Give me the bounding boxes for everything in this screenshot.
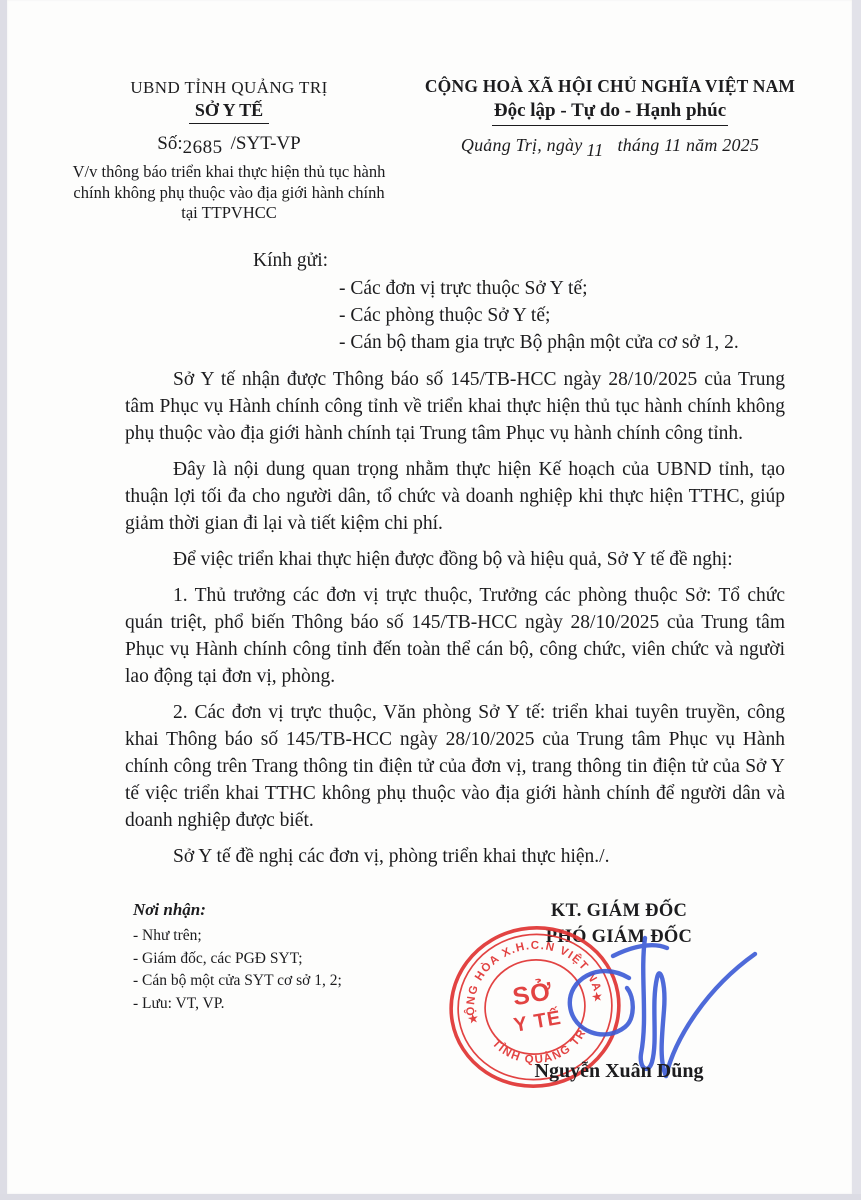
issuing-org-block: UBND TỈNH QUẢNG TRỊ SỞ Y TẾ Số:2685/SYT-… — [70, 78, 388, 224]
place-and-date: Quảng Trị, ngày11tháng 11 năm 2025 — [395, 135, 825, 156]
recipient-item: - Cán bộ tham gia trực Bộ phận một cửa c… — [339, 329, 739, 356]
org-parent: UBND TỈNH QUẢNG TRỊ — [70, 78, 388, 98]
recipient-item: - Các đơn vị trực thuộc Sở Y tế; — [339, 275, 739, 302]
national-title: CỘNG HOÀ XÃ HỘI CHỦ NGHĨA VIỆT NAM — [395, 76, 825, 97]
national-motto: Độc lập - Tự do - Hạnh phúc — [395, 100, 825, 126]
scan-edge-right — [852, 0, 861, 1200]
paragraph: 2. Các đơn vị trực thuộc, Văn phòng Sở Y… — [125, 699, 785, 834]
recipient-label: Kính gửi: — [253, 250, 739, 272]
paragraph: 1. Thủ trưởng các đơn vị trực thuộc, Trư… — [125, 582, 785, 690]
document-subject: V/v thông báo triển khai thực hiện thủ t… — [70, 162, 388, 224]
national-header-block: CỘNG HOÀ XÃ HỘI CHỦ NGHĨA VIỆT NAM Độc l… — [395, 76, 825, 156]
scan-edge-left — [0, 0, 7, 1200]
recipient-block: Kính gửi: - Các đơn vị trực thuộc Sở Y t… — [253, 250, 739, 356]
number-prefix: Số: — [157, 133, 182, 154]
recipient-list: - Các đơn vị trực thuộc Sở Y tế; - Các p… — [253, 275, 739, 356]
seal-star-left: ★ — [466, 1010, 480, 1027]
seal-center-line1: SỞ — [510, 975, 555, 1011]
paragraph: Sở Y tế nhận được Thông báo số 145/TB-HC… — [125, 366, 785, 447]
recipient-item: - Các phòng thuộc Sở Y tế; — [339, 302, 739, 329]
scan-edge-bottom — [0, 1194, 861, 1200]
date-day-filled: 11 — [586, 140, 603, 161]
document-number: Số:2685/SYT-VP — [70, 133, 388, 155]
paragraph: Đây là nội dung quan trọng nhằm thực hiệ… — [125, 456, 785, 537]
noi-nhan-item: - Như trên; — [133, 925, 463, 948]
document-body: Sở Y tế nhận được Thông báo số 145/TB-HC… — [125, 366, 785, 879]
noi-nhan-list: - Như trên; - Giám đốc, các PGĐ SYT; - C… — [133, 925, 463, 1015]
noi-nhan-item: - Giám đốc, các PGĐ SYT; — [133, 948, 463, 971]
paragraph: Sở Y tế đề nghị các đơn vị, phòng triển … — [125, 843, 785, 870]
noi-nhan-block: Nơi nhận: - Như trên; - Giám đốc, các PG… — [133, 900, 463, 1015]
noi-nhan-label: Nơi nhận: — [133, 900, 463, 920]
noi-nhan-item: - Cán bộ một cửa SYT cơ sở 1, 2; — [133, 970, 463, 993]
number-value: 2685 — [183, 137, 223, 159]
noi-nhan-item: - Lưu: VT, VP. — [133, 993, 463, 1016]
org-name: SỞ Y TẾ — [70, 100, 388, 124]
paragraph: Để việc triển khai thực hiện được đồng b… — [125, 546, 785, 573]
document-page: UBND TỈNH QUẢNG TRỊ SỞ Y TẾ Số:2685/SYT-… — [7, 0, 852, 1194]
signer-title-1: KT. GIÁM ĐỐC — [469, 898, 769, 924]
number-suffix: /SYT-VP — [231, 133, 301, 154]
signer-name: Nguyễn Xuân Dũng — [469, 1060, 769, 1083]
